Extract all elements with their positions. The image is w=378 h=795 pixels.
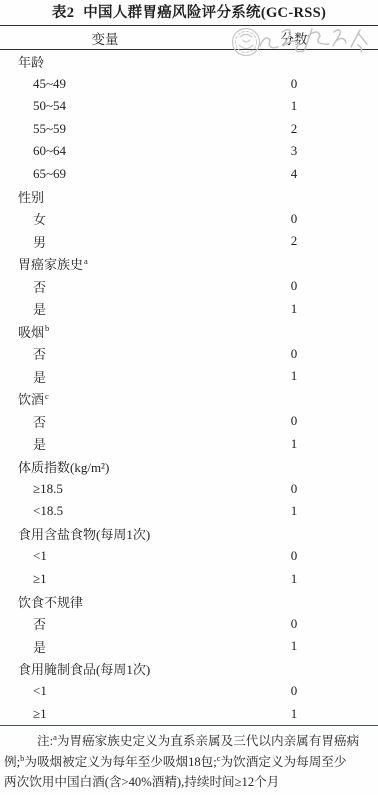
footnote: 注:a为胃癌家族史定义为直系亲属及三代以内亲属有胃癌病 例;b为吸烟被定义为每年… xyxy=(0,726,378,793)
item-label: 否 xyxy=(0,344,210,363)
item-score: 1 xyxy=(210,571,378,587)
group-label: 年龄 xyxy=(0,52,210,71)
item-label: <18.5 xyxy=(0,503,210,519)
table-row-item: 45~490 xyxy=(0,73,378,96)
item-label: 女 xyxy=(0,209,210,228)
item-label: 55~59 xyxy=(0,121,210,137)
table-row-item: ≥11 xyxy=(0,568,378,591)
table-row-item: 60~643 xyxy=(0,140,378,163)
table-row-item: <18.51 xyxy=(0,500,378,523)
table-row-item: 女0 xyxy=(0,208,378,231)
item-score: 1 xyxy=(210,98,378,114)
footnote-line-3: 两次饮用中国白酒(含>40%酒精),持续时间≥12个月 xyxy=(4,772,374,793)
table-row-group: 年龄 xyxy=(0,50,378,73)
table-row-group: 食用腌制食品(每周1次) xyxy=(0,658,378,681)
table-row-item: ≥18.50 xyxy=(0,478,378,501)
item-score: 3 xyxy=(210,143,378,159)
item-label: 否 xyxy=(0,277,210,296)
item-label: 65~69 xyxy=(0,166,210,182)
table-row-item: <10 xyxy=(0,680,378,703)
table-row-group: 吸烟b xyxy=(0,320,378,343)
table-row-group: 性别 xyxy=(0,185,378,208)
item-score: 4 xyxy=(210,166,378,182)
item-label: 否 xyxy=(0,614,210,633)
group-label: 胃癌家族史a xyxy=(0,254,210,273)
table-row-item: 55~592 xyxy=(0,118,378,141)
item-score: 0 xyxy=(210,278,378,294)
group-label: 饮酒c xyxy=(0,389,210,408)
table-header-row: 变量 分数 xyxy=(0,26,378,49)
item-label: 45~49 xyxy=(0,76,210,92)
item-score: 1 xyxy=(210,368,378,384)
table-row-item: 50~541 xyxy=(0,95,378,118)
item-score: 1 xyxy=(210,503,378,519)
paper-table-page: 表2中国人群胃癌风险评分系统(GC-RSS) 变量 分数 年龄45~49050~… xyxy=(0,0,378,795)
group-label: 体质指数(kg/m²) xyxy=(0,457,210,476)
table-row-group: 饮酒c xyxy=(0,388,378,411)
table-body: 年龄45~49050~54155~59260~64365~694性别女0男2胃癌… xyxy=(0,50,378,725)
table-row-group: 食用含盐食物(每周1次) xyxy=(0,523,378,546)
item-score: 0 xyxy=(210,548,378,564)
table-title: 表2中国人群胃癌风险评分系统(GC-RSS) xyxy=(0,0,378,25)
column-header-variable: 变量 xyxy=(0,28,210,48)
item-label: 是 xyxy=(0,299,210,318)
item-label: ≥1 xyxy=(0,571,210,587)
item-score: 0 xyxy=(210,481,378,497)
table-row-group: 体质指数(kg/m²) xyxy=(0,455,378,478)
table-row-item: ≥11 xyxy=(0,703,378,726)
table-row-item: 是1 xyxy=(0,298,378,321)
item-score: 1 xyxy=(210,638,378,654)
group-label-sup: c xyxy=(45,391,49,401)
item-label: ≥1 xyxy=(0,706,210,722)
item-score: 2 xyxy=(210,121,378,137)
table-row-item: 是1 xyxy=(0,433,378,456)
table-row-item: <10 xyxy=(0,545,378,568)
item-label: 是 xyxy=(0,434,210,453)
item-score: 0 xyxy=(210,346,378,362)
group-label: 吸烟b xyxy=(0,322,210,341)
table-title-text: 中国人群胃癌风险评分系统(GC-RSS) xyxy=(83,5,326,21)
item-label: 50~54 xyxy=(0,98,210,114)
table-row-item: 否0 xyxy=(0,343,378,366)
item-score: 0 xyxy=(210,76,378,92)
item-score: 1 xyxy=(210,706,378,722)
footnote-line-2: 例;b为吸烟被定义为每年至少吸烟18包;c为饮酒定义为每周至少 xyxy=(4,752,374,773)
item-score: 1 xyxy=(210,301,378,317)
table-row-group: 胃癌家族史a xyxy=(0,253,378,276)
item-score: 1 xyxy=(210,436,378,452)
item-score: 0 xyxy=(210,683,378,699)
item-label: 是 xyxy=(0,367,210,386)
item-label: 否 xyxy=(0,412,210,431)
item-score: 2 xyxy=(210,233,378,249)
table-row-item: 65~694 xyxy=(0,163,378,186)
table-row-item: 是1 xyxy=(0,635,378,658)
group-label-sup: b xyxy=(45,323,49,333)
item-label: ≥18.5 xyxy=(0,481,210,497)
item-label: 60~64 xyxy=(0,143,210,159)
table-row-item: 否0 xyxy=(0,275,378,298)
item-score: 0 xyxy=(210,413,378,429)
group-label-sup: a xyxy=(84,256,88,266)
item-score: 0 xyxy=(210,616,378,632)
group-label: 食用含盐食物(每周1次) xyxy=(0,524,210,543)
item-label: <1 xyxy=(0,683,210,699)
item-score: 0 xyxy=(210,211,378,227)
group-label: 饮食不规律 xyxy=(0,592,210,611)
table-row-group: 饮食不规律 xyxy=(0,590,378,613)
footnote-line-1: 注:a为胃癌家族史定义为直系亲属及三代以内亲属有胃癌病 xyxy=(4,731,374,752)
item-label: 是 xyxy=(0,637,210,656)
table-row-item: 男2 xyxy=(0,230,378,253)
item-label: 男 xyxy=(0,232,210,251)
table-row-item: 是1 xyxy=(0,365,378,388)
group-label: 性别 xyxy=(0,187,210,206)
group-label: 食用腌制食品(每周1次) xyxy=(0,659,210,678)
table-row-item: 否0 xyxy=(0,613,378,636)
table-number: 表2 xyxy=(52,5,74,21)
column-header-score: 分数 xyxy=(210,28,378,48)
item-label: <1 xyxy=(0,548,210,564)
table-row-item: 否0 xyxy=(0,410,378,433)
